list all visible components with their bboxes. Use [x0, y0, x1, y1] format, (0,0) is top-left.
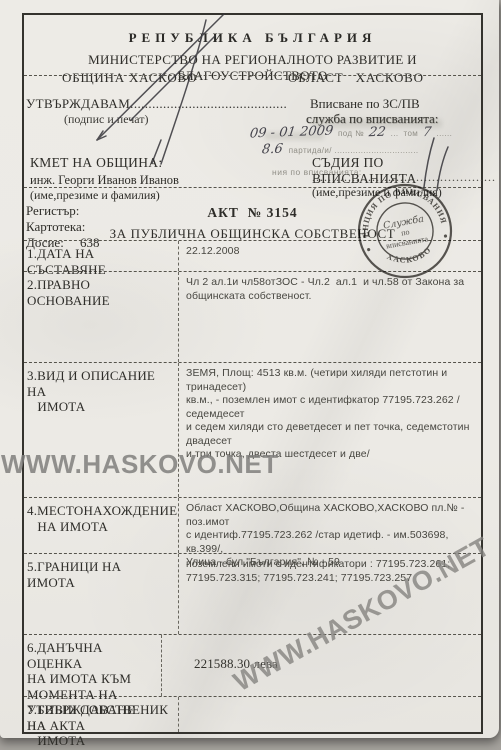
- inscription-handwritten-line: 09 - 01 2009 под № 22 ... том 7 ......: [250, 125, 452, 140]
- approve-label: УТВЪРЖДАВАМ.............................…: [26, 96, 287, 112]
- municipality-label: ОБЩИНА ХАСКОВО: [62, 70, 197, 86]
- mayor-sublabel: (име,презиме и фамилия): [30, 188, 160, 203]
- handwritten-page: 8.6: [261, 142, 284, 158]
- row-label: 5.ГРАНИЦИ НА ИМОТА: [24, 554, 179, 634]
- registry-agency-stamp: АГЕНЦИЯ ПО ВПИСВАНИЯТА ХАСКОВО Служба по…: [355, 181, 455, 281]
- district-label: ОБЛАСТ ХАСКОВО: [288, 70, 424, 86]
- volume-label: том: [403, 129, 418, 138]
- handwritten-date: 09 - 01 2009: [249, 124, 334, 142]
- handwritten-entry-number: 22: [368, 125, 386, 141]
- row-label: 7.БИВШ СОБСТВЕНИК НА ИМОТА: [24, 697, 179, 732]
- approve-sublabel: (подпис и печат): [64, 112, 149, 127]
- handwritten-volume: 7: [422, 125, 432, 140]
- stamp-dot-left: [367, 248, 371, 252]
- row-label: 1.ДАТА НА СЪСТАВЯНЕ: [24, 241, 179, 271]
- dots: ......: [436, 129, 452, 138]
- stamp-inner-line2: по: [400, 227, 410, 237]
- watermark-horizontal: WWW.HASKOVO.NET: [1, 449, 279, 480]
- header-divider: [24, 75, 481, 76]
- stamp-dot-right: [444, 234, 448, 238]
- row-label: 6.ДАНЪЧНА ОЦЕНКА НА ИМОТА КЪМ МОМЕНТА НА…: [24, 635, 162, 696]
- table-row: 7.БИВШ СОБСТВЕНИК НА ИМОТА: [24, 696, 481, 732]
- table-row: 4.МЕСТОНАХОЖДЕНИЕ НА ИМОТА Област ХАСКОВ…: [24, 497, 481, 553]
- country-title: РЕПУБЛИКА БЪЛГАРИЯ: [24, 30, 481, 46]
- entry-number-label: под №: [338, 129, 364, 138]
- mayor-name: инж. Георги Иванов Иванов: [30, 173, 179, 188]
- row-label: 4.МЕСТОНАХОЖДЕНИЕ НА ИМОТА: [24, 498, 179, 553]
- row-value: Чл 2 ал.1и чл58отЗОС - Чл.2 ал.1 и чл.58…: [179, 272, 481, 362]
- inscription-title: Вписване по ЗС/ПВ: [310, 96, 420, 112]
- row-value: Област ХАСКОВО,Община ХАСКОВО,ХАСКОВО пл…: [179, 498, 481, 553]
- row-label: 2.ПРАВНО ОСНОВАНИЕ: [24, 272, 179, 362]
- partida-label: партида/и/ .............................…: [289, 146, 419, 155]
- scanned-document-photo: { "header": { "country": "РЕПУБЛИКА БЪЛГ…: [0, 0, 501, 750]
- dots: ...: [391, 129, 399, 138]
- row-value: [179, 697, 481, 732]
- table-row: 2.ПРАВНО ОСНОВАНИЕ Чл 2 ал.1и чл58отЗОС …: [24, 271, 481, 362]
- document-frame: РЕПУБЛИКА БЪЛГАРИЯ МИНИСТЕРСТВО НА РЕГИО…: [22, 13, 483, 734]
- mayor-title: КМЕТ НА ОБЩИНА:: [30, 155, 162, 171]
